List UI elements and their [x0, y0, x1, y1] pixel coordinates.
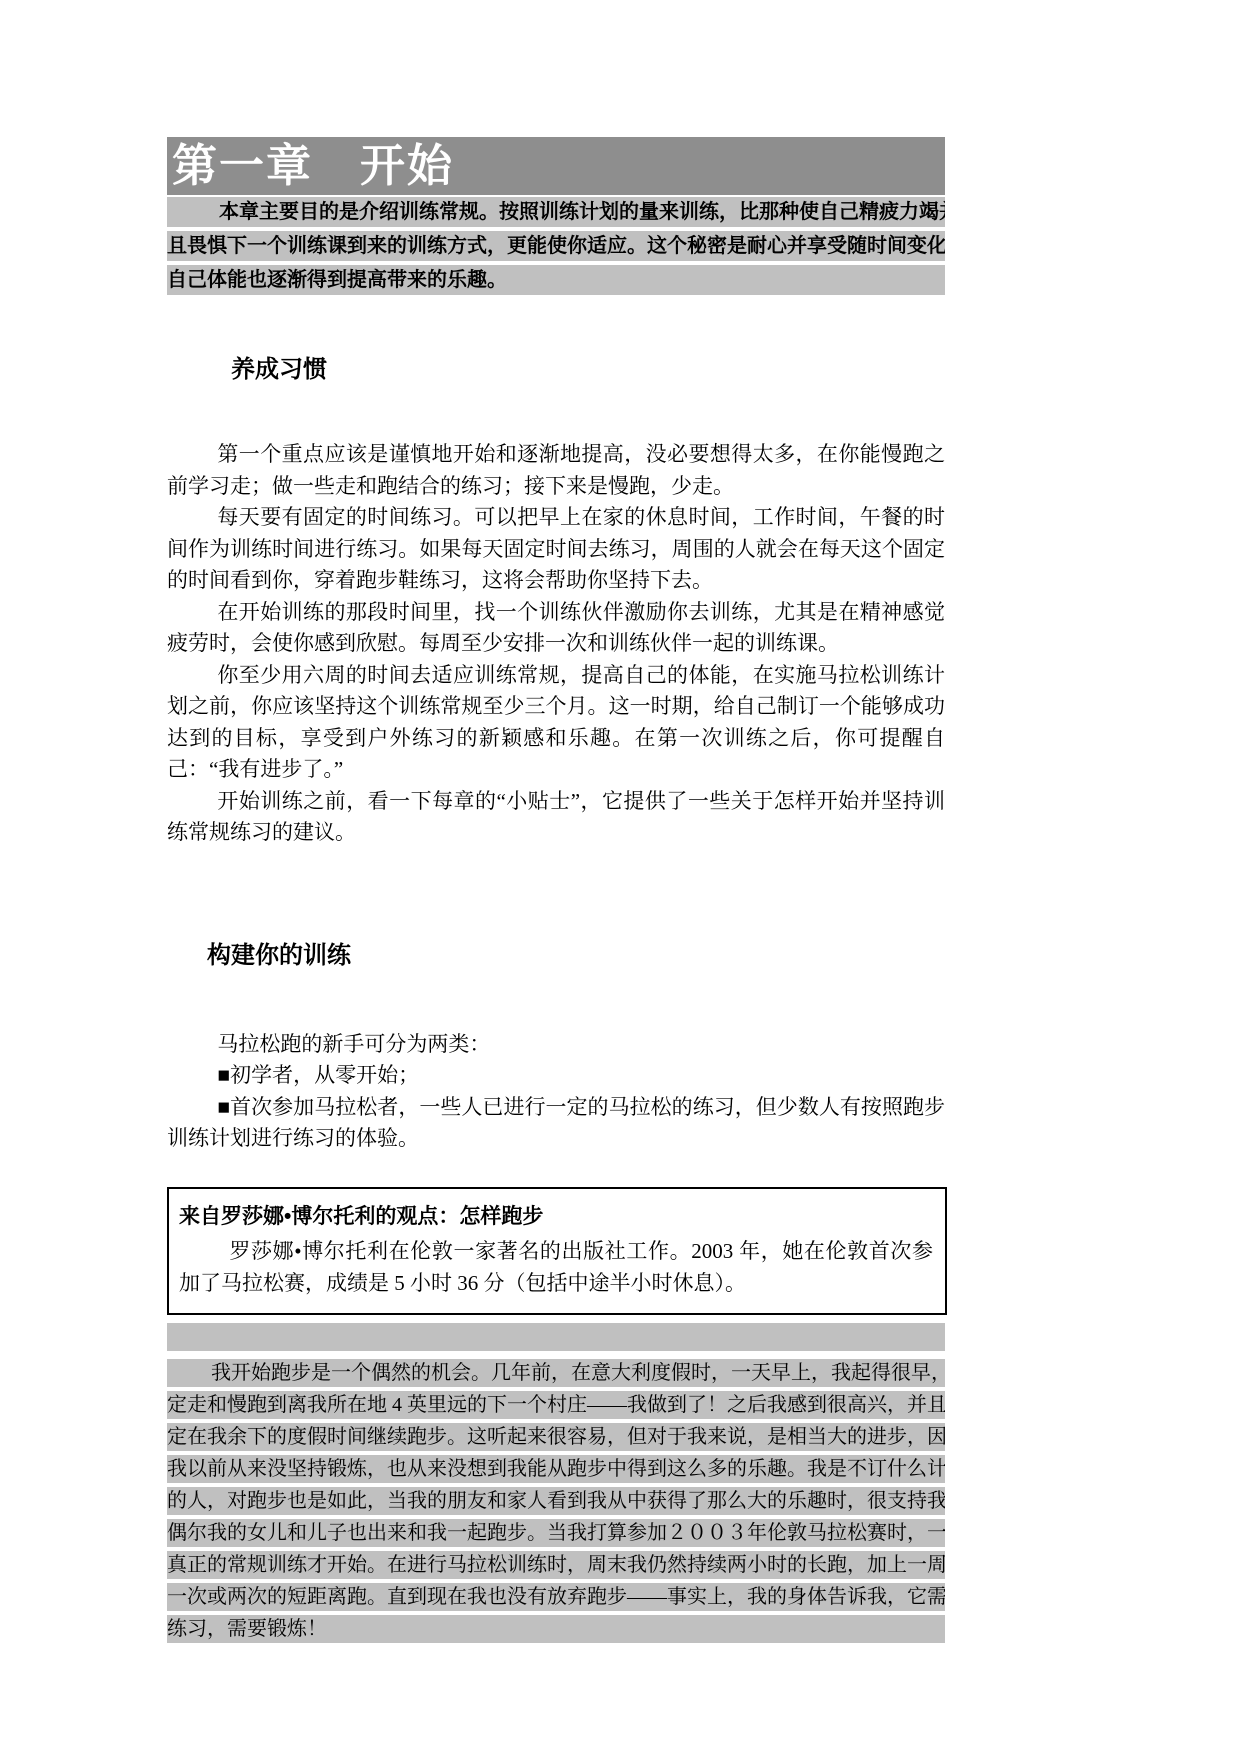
story-line: 我以前从来没坚持锻炼，也从来没想到我能从跑步中得到这么多的乐趣。我是不订什么计划 — [167, 1455, 945, 1483]
story-line: 偶尔我的女儿和儿子也出来和我一起跑步。当我打算参加２００３年伦敦马拉松赛时，一个 — [167, 1519, 945, 1547]
story-line: 定在我余下的度假时间继续跑步。这听起来很容易，但对于我来说，是相当大的进步，因为 — [167, 1423, 945, 1451]
viewpoint-box-heading: 来自罗莎娜•博尔托利的观点：怎样跑步 — [179, 1201, 933, 1233]
runner-types-list: 马拉松跑的新手可分为两类： ■初学者，从零开始； ■首次参加马拉松者，一些人已进… — [167, 1029, 945, 1155]
story-line: 真正的常规训练才开始。在进行马拉松训练时，周末我仍然持续两小时的长跑，加上一周内 — [167, 1551, 945, 1579]
paragraph: 开始训练之前，看一下每章的“小贴士”，它提供了一些关于怎样开始并坚持训练常规练习… — [167, 786, 945, 849]
personal-story-highlight-block: 我开始跑步是一个偶然的机会。几年前，在意大利度假时，一天早上，我起得很早，决 定… — [167, 1323, 945, 1643]
intro-line: 且畏惧下一个训练课到来的训练方式，更能使你适应。这个秘密是耐心并享受随时间变化 — [167, 231, 945, 261]
section-heading-habit: 养成习惯 — [167, 355, 945, 385]
list-item: ■初学者，从零开始； — [167, 1060, 945, 1092]
section-habit-body: 第一个重点应该是谨慎地开始和逐渐地提高，没必要想得太多，在你能慢跑之前学习走；做… — [167, 439, 945, 849]
highlight-blank-line — [167, 1323, 945, 1351]
story-line: 练习，需要锻炼！ — [167, 1615, 945, 1643]
list-item: ■首次参加马拉松者，一些人已进行一定的马拉松的练习，但少数人有按照跑步训练计划进… — [167, 1092, 945, 1155]
intro-line: 本章主要目的是介绍训练常规。按照训练计划的量来训练，比那种使自己精疲力竭并 — [167, 197, 945, 227]
chapter-intro-highlight-block: 本章主要目的是介绍训练常规。按照训练计划的量来训练，比那种使自己精疲力竭并 且畏… — [167, 197, 945, 295]
page-content: 第一章 开始 本章主要目的是介绍训练常规。按照训练计划的量来训练，比那种使自己精… — [167, 137, 945, 1643]
viewpoint-box: 来自罗莎娜•博尔托利的观点：怎样跑步 罗莎娜•博尔托利在伦敦一家著名的出版社工作… — [167, 1187, 947, 1315]
intro-line: 自己体能也逐渐得到提高带来的乐趣。 — [167, 265, 945, 295]
paragraph: 第一个重点应该是谨慎地开始和逐渐地提高，没必要想得太多，在你能慢跑之前学习走；做… — [167, 439, 945, 502]
story-line: 我开始跑步是一个偶然的机会。几年前，在意大利度假时，一天早上，我起得很早，决 — [167, 1359, 945, 1387]
chapter-title: 第一章 开始 — [167, 137, 454, 195]
paragraph: 你至少用六周的时间去适应训练常规，提高自己的体能，在实施马拉松训练计划之前，你应… — [167, 660, 945, 786]
story-line: 定走和慢跑到离我所在地 4 英里远的下一个村庄——我做到了！之后我感到很高兴，并… — [167, 1391, 945, 1419]
list-intro: 马拉松跑的新手可分为两类： — [167, 1029, 945, 1061]
story-line: 的人，对跑步也是如此，当我的朋友和家人看到我从中获得了那么大的乐趣时，很支持我， — [167, 1487, 945, 1515]
document-page: 第一章 开始 本章主要目的是介绍训练常规。按照训练计划的量来训练，比那种使自己精… — [0, 0, 1241, 1754]
viewpoint-box-body: 罗莎娜•博尔托利在伦敦一家著名的出版社工作。2003 年，她在伦敦首次参加了马拉… — [179, 1235, 933, 1299]
story-line: 一次或两次的短距离跑。直到现在我也没有放弃跑步——事实上，我的身体告诉我，它需要 — [167, 1583, 945, 1611]
chapter-header-bar: 第一章 开始 — [167, 137, 945, 195]
section-heading-build-training: 构建你的训练 — [167, 941, 945, 971]
paragraph: 在开始训练的那段时间里，找一个训练伙伴激励你去训练，尤其是在精神感觉疲劳时，会使… — [167, 597, 945, 660]
paragraph: 每天要有固定的时间练习。可以把早上在家的休息时间，工作时间，午餐的时间作为训练时… — [167, 502, 945, 597]
